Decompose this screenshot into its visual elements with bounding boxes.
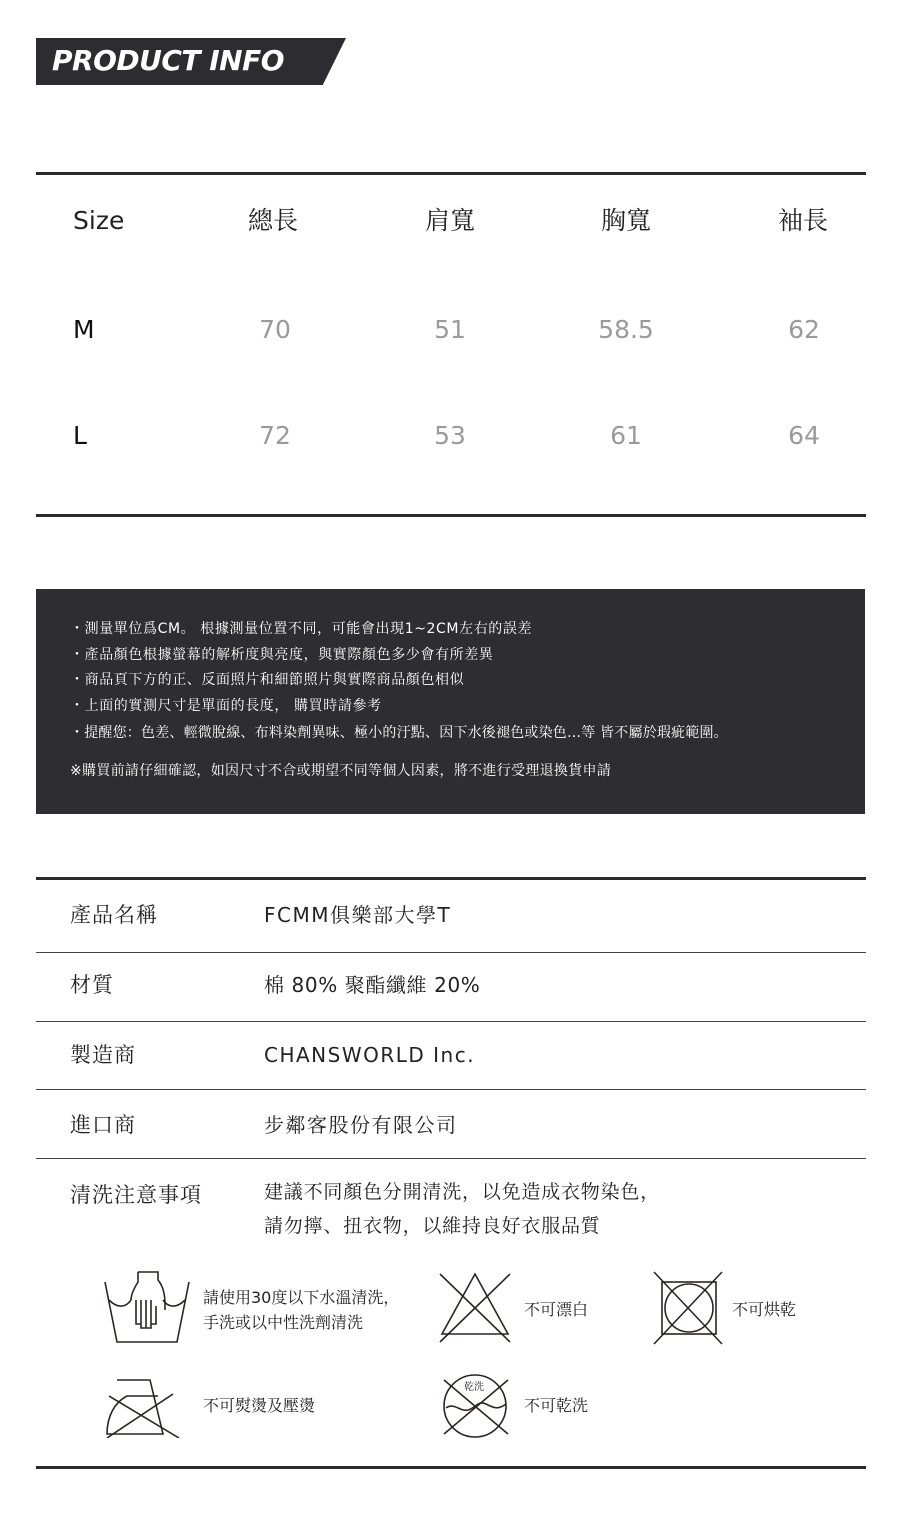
notice-line: ・商品頁下方的正、反面照片和細節照片與實際商品顏色相似 — [70, 670, 464, 690]
info-label: 製造商 — [70, 1040, 136, 1070]
total-length-value: 70 — [259, 310, 291, 350]
shoulder-width-value: 53 — [434, 416, 466, 456]
care-text: 手洗或以中性洗劑清洗 — [203, 1310, 363, 1335]
size-label: L — [73, 416, 87, 456]
info-value-line: 建議不同顏色分開清洗，以免造成衣物染色， — [264, 1175, 660, 1209]
info-label: 材質 — [70, 970, 114, 1000]
page-bottom-rule — [36, 1466, 866, 1469]
header-shoulder-width: 肩寬 — [425, 201, 475, 241]
info-value: 棉 80% 聚酯纖維 20% — [264, 970, 480, 1000]
chest-width-value: 58.5 — [598, 310, 654, 350]
care-text: 不可漂白 — [524, 1297, 588, 1322]
divider — [36, 1089, 866, 1090]
size-row-m: M 70 51 58.5 62 — [36, 310, 866, 350]
header-sleeve-length: 袖長 — [778, 201, 828, 241]
info-table-top-rule — [36, 877, 866, 880]
header-chest-width: 胸寬 — [601, 201, 651, 241]
info-value: FCMM俱樂部大學T — [264, 900, 451, 930]
info-label: 清洗注意事項 — [70, 1180, 202, 1210]
total-length-value: 72 — [259, 416, 291, 456]
notice-footer: ※購買前請仔細確認，如因尺寸不合或期望不同等個人因素，將不進行受理退換貨申請 — [70, 761, 611, 781]
info-value-line: 請勿擰、扭衣物，以維持良好衣服品質 — [264, 1209, 601, 1243]
dry-clean-icon-label: 乾洗 — [464, 1382, 484, 1394]
size-table-bottom-rule — [36, 514, 866, 517]
info-value: CHANSWORLD Inc. — [264, 1040, 475, 1070]
care-text: 不可烘乾 — [732, 1297, 796, 1322]
header-size: Size — [73, 201, 124, 241]
size-table-top-rule — [36, 172, 866, 175]
divider — [36, 1021, 866, 1022]
header-total-length: 總長 — [248, 201, 298, 241]
info-label: 產品名稱 — [70, 900, 158, 930]
divider — [36, 952, 866, 953]
no-tumble-dry-icon — [652, 1270, 726, 1346]
care-text: 不可熨燙及壓燙 — [203, 1393, 315, 1418]
no-bleach-icon — [438, 1270, 512, 1344]
size-table-header: Size 總長 肩寬 胸寬 袖長 — [36, 201, 866, 241]
chest-width-value: 61 — [610, 416, 642, 456]
notice-line: ・測量單位爲CM。 根據測量位置不同，可能會出現1~2CM左右的誤差 — [70, 619, 532, 639]
hand-wash-icon — [103, 1270, 193, 1344]
product-info-banner: PRODUCT INFO — [36, 38, 346, 85]
info-value: 步鄰客股份有限公司 — [264, 1110, 458, 1140]
care-text: 請使用30度以下水溫清洗， — [203, 1285, 399, 1310]
care-text: 不可乾洗 — [524, 1393, 588, 1418]
size-row-l: L 72 53 61 64 — [36, 416, 866, 456]
notice-line: ・產品顏色根據螢幕的解析度與亮度，與實際顏色多少會有所差異 — [70, 645, 493, 665]
size-label: M — [73, 310, 95, 350]
measurement-notice: ・測量單位爲CM。 根據測量位置不同，可能會出現1~2CM左右的誤差 ・產品顏色… — [36, 589, 865, 814]
divider — [36, 1158, 866, 1159]
info-label: 進口商 — [70, 1110, 136, 1140]
sleeve-length-value: 64 — [788, 416, 820, 456]
banner-title: PRODUCT INFO — [52, 44, 284, 77]
notice-line: ・上面的實測尺寸是單面的長度， 購買時請參考 — [70, 696, 382, 716]
sleeve-length-value: 62 — [788, 310, 820, 350]
no-iron-icon — [103, 1376, 183, 1438]
notice-line: ・提醒您：色差、輕微脫線、布料染劑異味、極小的汙點、因下水後褪色或染色…等 皆不… — [70, 723, 728, 743]
shoulder-width-value: 51 — [434, 310, 466, 350]
